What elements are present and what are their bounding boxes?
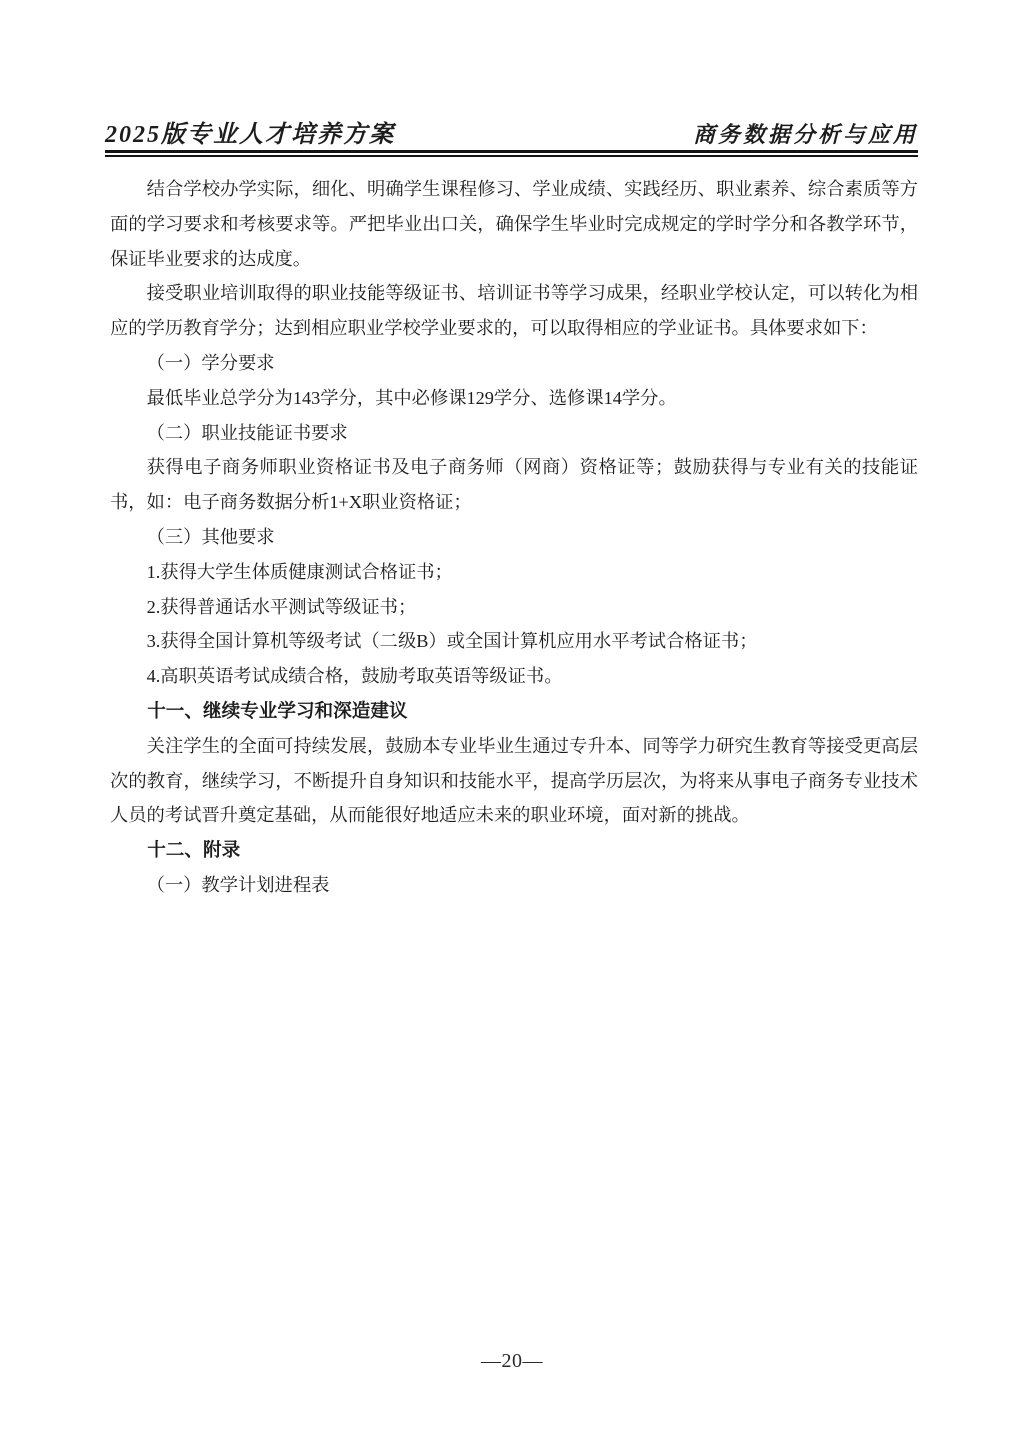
section-heading: 十一、继续专业学习和深造建议: [110, 694, 918, 729]
page-header: 2025版专业人才培养方案 商务数据分析与应用: [105, 114, 918, 157]
text-line: 2.获得普通话水平测试等级证书；: [110, 590, 918, 625]
page-number: —20—: [481, 1350, 543, 1372]
text-line: （一）教学计划进程表: [110, 868, 918, 903]
text-line: 接受职业培训取得的职业技能等级证书、培训证书等学习成果，经职业学校认定，可以转化…: [110, 276, 918, 311]
text-line: 结合学校办学实际，细化、明确学生课程修习、学业成绩、实践经历、职业素养、综合素质…: [110, 172, 918, 207]
text-line: 4.高职英语考试成绩合格，鼓励考取英语等级证书。: [110, 659, 918, 694]
text-line: 应的学历教育学分；达到相应职业学校学业要求的，可以取得相应的学业证书。具体要求如…: [110, 311, 918, 346]
text-line: 人员的考试晋升奠定基础，从而能很好地适应未来的职业环境，面对新的挑战。: [110, 798, 918, 833]
text-line: 书，如：电子商务数据分析1+X职业资格证；: [110, 485, 918, 520]
section-heading: 十二、附录: [110, 833, 918, 868]
text-line: （一）学分要求: [110, 346, 918, 381]
text-line: 保证毕业要求的达成度。: [110, 242, 918, 277]
document-body: 结合学校办学实际，细化、明确学生课程修习、学业成绩、实践经历、职业素养、综合素质…: [110, 172, 918, 903]
text-line: （三）其他要求: [110, 520, 918, 555]
text-line: 面的学习要求和考核要求等。严把毕业出口关，确保学生毕业时完成规定的学时学分和各教…: [110, 207, 918, 242]
header-double-rule: [105, 150, 918, 157]
text-line: 1.获得大学生体质健康测试合格证书；: [110, 555, 918, 590]
page-footer: —20—: [0, 1350, 1024, 1373]
document-page: 2025版专业人才培养方案 商务数据分析与应用 结合学校办学实际，细化、明确学生…: [0, 0, 1024, 1448]
text-line: 次的教育，继续学习，不断提升自身知识和技能水平，提高学历层次，为将来从事电子商务…: [110, 764, 918, 799]
text-line: 获得电子商务师职业资格证书及电子商务师（网商）资格证等；鼓励获得与专业有关的技能…: [110, 450, 918, 485]
text-line: （二）职业技能证书要求: [110, 416, 918, 451]
text-line: 最低毕业总学分为143学分，其中必修课129学分、选修课14学分。: [110, 381, 918, 416]
header-title-left: 2025版专业人才培养方案: [105, 114, 395, 149]
text-line: 3.获得全国计算机等级考试（二级B）或全国计算机应用水平考试合格证书；: [110, 624, 918, 659]
text-line: 关注学生的全面可持续发展，鼓励本专业毕业生通过专升本、同等学力研究生教育等接受更…: [110, 729, 918, 764]
header-title-right: 商务数据分析与应用: [693, 118, 918, 149]
